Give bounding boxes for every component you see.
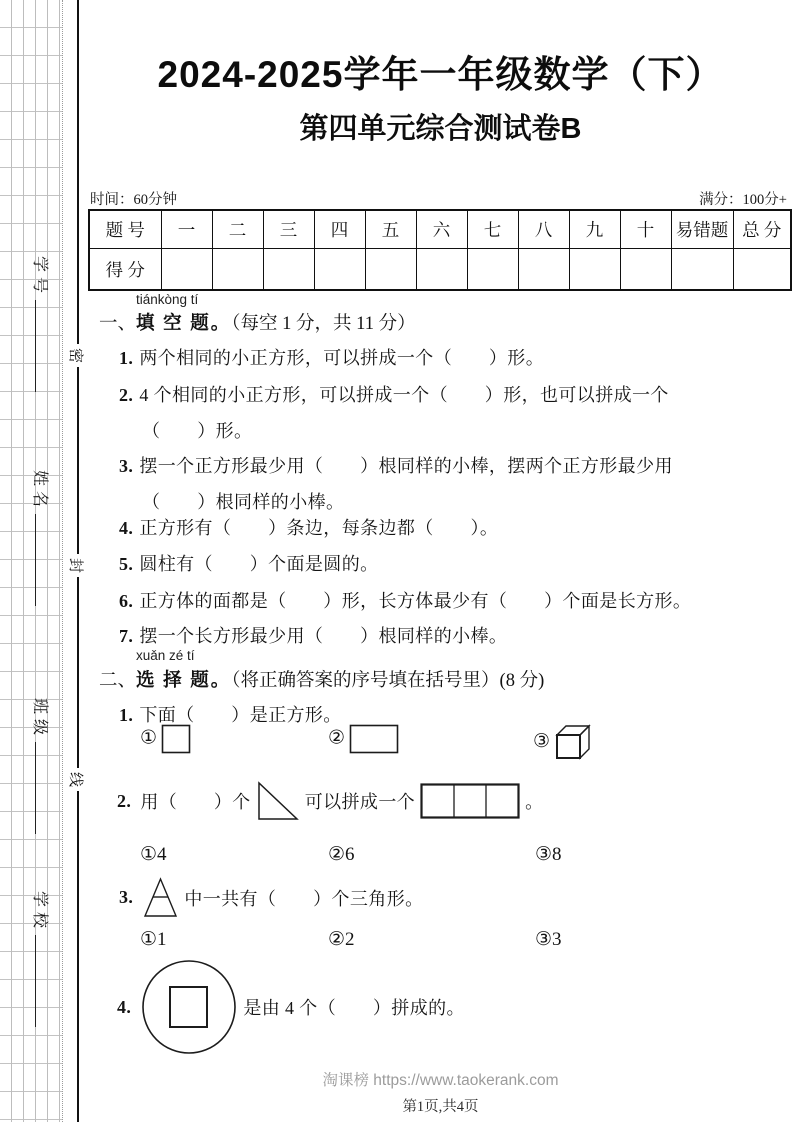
score-table-header-row: 题 号 一 二 三 四 五 六 七 八 九 十 易错题 总 分 xyxy=(89,210,791,249)
question-text: 正方形有（ ）条边，每条边都（ ）。 xyxy=(139,518,498,538)
footer-brand: 淘课榜 https://www.taokerank.com xyxy=(88,1068,793,1090)
question-text: （ ）形。 xyxy=(142,421,252,441)
option-2: ② xyxy=(328,724,399,754)
question-text: （ ）根同样的小棒。 xyxy=(142,492,344,512)
full-score-label: 满分：100分+ xyxy=(699,188,787,209)
question-text: 用（ ）个 xyxy=(140,788,250,814)
score-cell-empty xyxy=(314,249,365,291)
square-shape-icon xyxy=(161,724,191,754)
cube-shape-icon xyxy=(554,724,592,761)
score-cell-empty xyxy=(416,249,467,291)
question-text: 4 个相同的小正方形，可以拼成一个（ ）形，也可以拼成一个 xyxy=(139,385,669,405)
header-cell: 八 xyxy=(518,210,569,249)
meta-row: 时间：60分钟 满分：100分+ xyxy=(90,188,787,209)
question-text: 可以拼成一个 xyxy=(305,788,415,814)
question-number: 4. xyxy=(119,518,133,538)
student-number-label: 学号 xyxy=(31,256,48,298)
question-text: 是由 4 个（ ）拼成的。 xyxy=(243,994,465,1020)
section2-number: 二、 xyxy=(99,671,136,691)
fill-blank-question-3-cont: （ ）根同样的小棒。 xyxy=(142,488,344,514)
option-circled-number: ② xyxy=(328,727,345,748)
page-title: 2024-2025学年一年级数学（下） xyxy=(88,44,793,98)
header-cell-zongfen: 总 分 xyxy=(733,210,791,249)
time-label: 时间：60分钟 xyxy=(90,188,177,209)
header-cell: 六 xyxy=(416,210,467,249)
question-text: 。 xyxy=(525,788,543,814)
question-text: 两个相同的小正方形，可以拼成一个（ ）形。 xyxy=(139,348,544,368)
question-text: 圆柱有（ ）个面是圆的。 xyxy=(139,554,378,574)
question-number: 3. xyxy=(119,456,133,476)
score-cell-empty xyxy=(733,249,791,291)
question-text: 中一共有（ ）个三角形。 xyxy=(184,885,423,911)
section1-title: 填 空 题。 xyxy=(136,314,231,334)
header-cell: 九 xyxy=(569,210,620,249)
choice-q1-options-row: ① ② ③ xyxy=(0,724,793,770)
question-number: 2. xyxy=(117,791,131,812)
name-label: 姓名 xyxy=(31,470,48,512)
pinyin-tiankongti: tiánkòng tí xyxy=(136,292,198,307)
score-cell-empty xyxy=(161,249,212,291)
header-cell: 七 xyxy=(467,210,518,249)
score-row-label: 得 分 xyxy=(89,249,161,291)
footer-page-number: 第1页,共4页 xyxy=(88,1095,793,1116)
header-cell: 一 xyxy=(161,210,212,249)
question-text: 摆一个长方形最少用（ ）根同样的小棒。 xyxy=(139,626,507,646)
section1-number: 一、 xyxy=(99,314,136,334)
fill-blank-question-5: 5.圆柱有（ ）个面是圆的。 xyxy=(119,550,379,576)
question-text: 下面（ ）是正方形。 xyxy=(139,705,341,725)
score-cell-empty xyxy=(518,249,569,291)
right-triangle-shape-icon xyxy=(256,780,300,822)
choice-question-4: 4. 是由 4 个（ ）拼成的。 xyxy=(117,958,465,1056)
header-cell: 四 xyxy=(314,210,365,249)
header-cell: 五 xyxy=(365,210,416,249)
option-circled-number: ③ xyxy=(533,731,550,752)
question-number: 7. xyxy=(119,626,133,646)
question-number: 3. xyxy=(119,887,133,908)
write-in-line xyxy=(35,935,52,1027)
option-1: ① xyxy=(140,724,191,754)
score-cell-empty xyxy=(620,249,671,291)
fill-blank-question-1: 1.两个相同的小正方形，可以拼成一个（ ）形。 xyxy=(119,344,544,370)
question-number: 2. xyxy=(119,385,133,405)
seal-char-feng: 封 xyxy=(66,554,87,577)
circle-with-square-shape-icon xyxy=(140,958,238,1056)
page-subtitle: 第四单元综合测试卷B xyxy=(88,106,793,147)
write-in-line xyxy=(35,514,52,606)
option-1: ①1 xyxy=(140,928,167,951)
score-cell-empty xyxy=(212,249,263,291)
score-table: 题 号 一 二 三 四 五 六 七 八 九 十 易错题 总 分 得 分 xyxy=(88,209,792,291)
school-label: 学校 xyxy=(31,891,48,933)
score-cell-empty xyxy=(671,249,733,291)
score-cell-empty xyxy=(365,249,416,291)
question-number: 1. xyxy=(119,348,133,368)
fill-blank-question-2: 2.4 个相同的小正方形，可以拼成一个（ ）形，也可以拼成一个 xyxy=(119,381,669,407)
score-cell-empty xyxy=(263,249,314,291)
option-2: ②2 xyxy=(328,928,355,951)
choice-question-2: 2. 用（ ）个 可以拼成一个 。 xyxy=(117,780,544,822)
option-3: ③8 xyxy=(535,843,562,866)
write-in-line xyxy=(35,742,52,834)
seal-char-xian: 线 xyxy=(66,768,87,791)
three-square-strip-shape-icon xyxy=(420,783,520,819)
question-number: 6. xyxy=(119,591,133,611)
triangle-with-midline-shape-icon xyxy=(142,876,179,919)
seal-char-mi: 密 xyxy=(66,344,87,367)
write-in-line xyxy=(35,300,52,392)
choice-question-3: 3. 中一共有（ ）个三角形。 xyxy=(119,876,424,919)
sidebar-item-name: 姓名 xyxy=(30,470,53,606)
option-circled-number: ① xyxy=(140,727,157,748)
option-3: ③3 xyxy=(535,928,562,951)
score-cell-empty xyxy=(569,249,620,291)
choice-q2-options-row: ①4 ②6 ③8 xyxy=(0,843,793,873)
sidebar-item-school: 学校 xyxy=(30,891,53,1027)
fill-blank-question-3: 3.摆一个正方形最少用（ ）根同样的小棒，摆两个正方形最少用 xyxy=(119,452,673,478)
header-cell: 三 xyxy=(263,210,314,249)
section2-title: 选 择 题。 xyxy=(136,671,231,691)
sidebar-item-student-number: 学号 xyxy=(30,256,53,392)
question-number: 1. xyxy=(119,705,133,725)
score-table-score-row: 得 分 xyxy=(89,249,791,291)
header-cell-yicuoti: 易错题 xyxy=(671,210,733,249)
class-label: 班级 xyxy=(31,698,48,740)
section2-heading: 二、选 择 题。（将正确答案的序号填在括号里）(8 分) xyxy=(99,666,544,692)
header-cell-tihao: 题 号 xyxy=(89,210,161,249)
sidebar-item-class: 班级 xyxy=(30,698,53,834)
option-2: ②6 xyxy=(328,843,355,866)
section1-note: （每空 1 分，共 11 分） xyxy=(231,314,415,334)
choice-q3-options-row: ①1 ②2 ③3 xyxy=(0,928,793,958)
fill-blank-question-2-cont: （ ）形。 xyxy=(142,417,252,443)
question-text: 正方体的面都是（ ）形，长方体最少有（ ）个面是长方形。 xyxy=(139,591,691,611)
score-cell-empty xyxy=(467,249,518,291)
fill-blank-question-4: 4.正方形有（ ）条边，每条边都（ ）。 xyxy=(119,514,498,540)
fill-blank-question-7: 7.摆一个长方形最少用（ ）根同样的小棒。 xyxy=(119,622,507,648)
option-1: ①4 xyxy=(140,843,167,866)
sidebar-rotated-strip: 学号 姓名 班级 学校 密 封 线 xyxy=(0,0,88,1122)
question-text: 摆一个正方形最少用（ ）根同样的小棒，摆两个正方形最少用 xyxy=(139,456,673,476)
fill-blank-question-6: 6.正方体的面都是（ ）形，长方体最少有（ ）个面是长方形。 xyxy=(119,587,691,613)
rectangle-shape-icon xyxy=(349,724,399,754)
header-cell: 十 xyxy=(620,210,671,249)
question-number: 4. xyxy=(117,997,131,1018)
option-3: ③ xyxy=(533,724,592,761)
question-number: 5. xyxy=(119,554,133,574)
header-cell: 二 xyxy=(212,210,263,249)
section1-heading: 一、填 空 题。（每空 1 分，共 11 分） xyxy=(99,309,416,335)
pinyin-xuanzeti: xuǎn zé tí xyxy=(136,648,195,663)
section2-note: （将正确答案的序号填在括号里）(8 分) xyxy=(231,671,544,691)
